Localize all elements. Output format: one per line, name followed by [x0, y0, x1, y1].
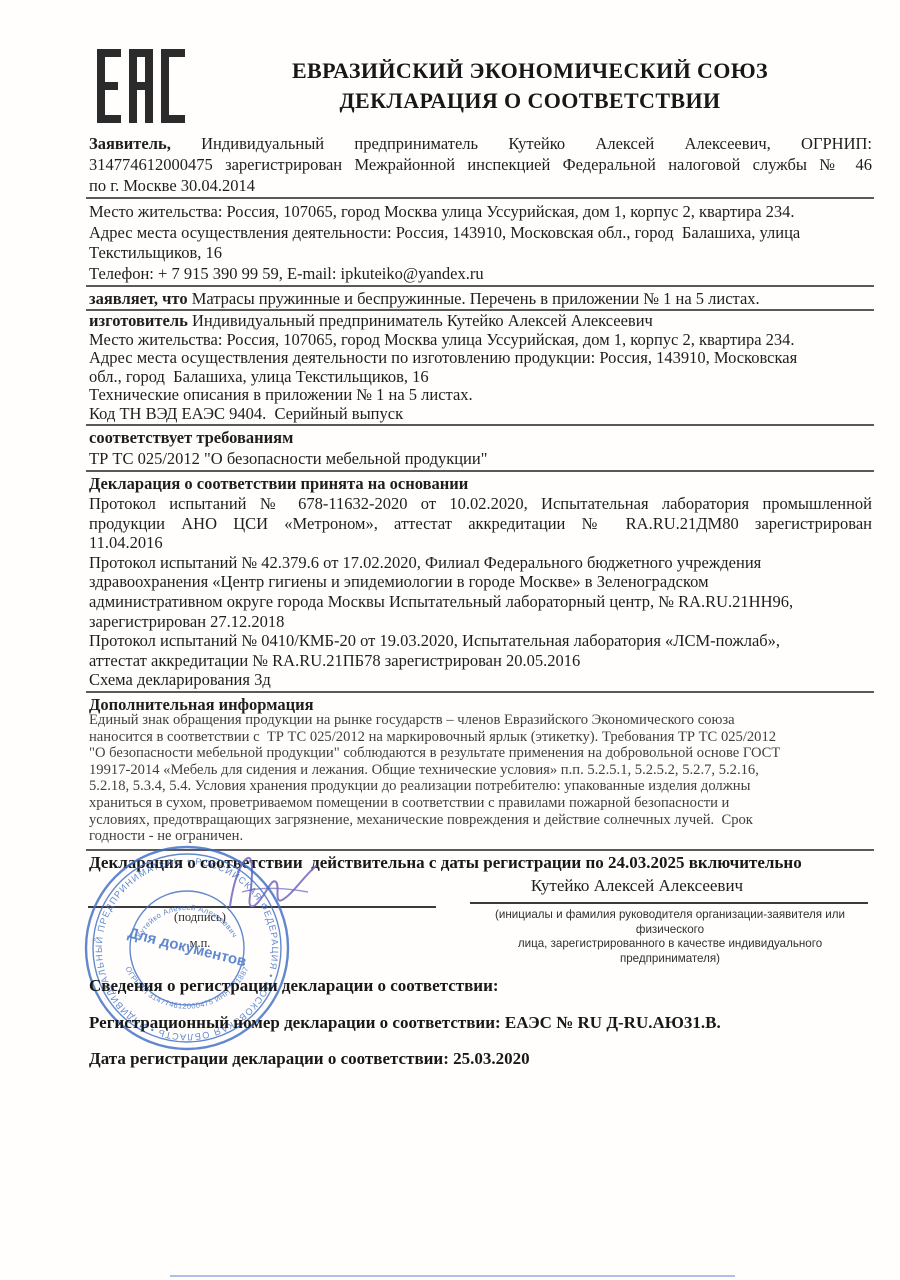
document-title-line1: ЕВРАЗИЙСКИЙ ЭКОНОМИЧЕСКИЙ СОЮЗ	[190, 58, 870, 84]
basis-heading: Декларация о соответствии принята на осн…	[89, 474, 872, 494]
manufacturer-line: Код ТН ВЭД ЕАЭС 9404. Серийный выпуск	[89, 405, 872, 424]
section-basis: Протокол испытаний № 678-11632-2020 от 1…	[89, 494, 872, 690]
contacts-line: Адрес места осуществления деятельности: …	[89, 223, 872, 244]
manufacturer-line: обл., город Балашиха, улица Текстильщико…	[89, 368, 872, 387]
signature-caption: (инициалы и фамилия руководителя организ…	[474, 908, 866, 966]
additional-line: наносится в соответствии с ТР ТС 025/201…	[89, 729, 872, 746]
contacts-line: Телефон: + 7 915 390 99 59, E-mail: ipku…	[89, 264, 872, 285]
separator-line	[86, 424, 874, 426]
separator-line	[86, 691, 874, 693]
separator-line	[86, 470, 874, 472]
signatory-name: Кутейко Алексей Алексеевич	[452, 876, 822, 896]
applicant-line: по г. Москве 30.04.2014	[89, 175, 872, 196]
signature-caption-line: (инициалы и фамилия руководителя организ…	[474, 908, 866, 937]
manufacturer-line: Место жительства: Россия, 107065, город …	[89, 331, 872, 350]
additional-line: "О безопасности мебельной продукции" соб…	[89, 745, 872, 762]
section-declares: заявляет, что Матрасы пружинные и беспру…	[89, 289, 872, 309]
contacts-line: Место жительства: Россия, 107065, город …	[89, 202, 872, 223]
manufacturer-label: изготовитель	[89, 311, 188, 330]
signature-caption-line: лица, зарегистрированного в качестве инд…	[474, 937, 866, 966]
declares-text: Матрасы пружинные и беспружинные. Перече…	[192, 289, 760, 308]
document-title-line2: ДЕКЛАРАЦИЯ О СООТВЕТСТВИИ	[190, 88, 870, 114]
declaration-document: ЕВРАЗИЙСКИЙ ЭКОНОМИЧЕСКИЙ СОЮЗ ДЕКЛАРАЦИ…	[0, 0, 900, 1280]
applicant-line: Заявитель, Индивидуальный предпринимател…	[89, 133, 872, 154]
basis-line: здравоохранения «Центр гигиены и эпидеми…	[89, 572, 872, 592]
section-manufacturer: изготовитель Индивидуальный предпринимат…	[89, 312, 872, 423]
basis-line: административном округе города Москвы Ис…	[89, 592, 872, 612]
additional-line: Единый знак обращения продукции на рынке…	[89, 712, 872, 729]
signature-line-right	[470, 902, 868, 904]
complies-text: ТР ТС 025/2012 "О безопасности мебельной…	[89, 449, 872, 469]
additional-line: условиях, предотвращающих загрязнение, м…	[89, 812, 872, 829]
registration-heading: Сведения о регистрации декларации о соот…	[89, 976, 872, 996]
additional-line: 19917-2014 «Мебель для сидения и лежания…	[89, 762, 872, 779]
separator-line	[86, 197, 874, 199]
section-applicant: Заявитель, Индивидуальный предпринимател…	[89, 133, 872, 196]
manufacturer-line: изготовитель Индивидуальный предпринимат…	[89, 312, 872, 331]
manufacturer-line: Адрес места осуществления деятельности п…	[89, 349, 872, 368]
basis-line: Протокол испытаний № 678-11632-2020 от 1…	[89, 494, 872, 514]
additional-line: храниться в сухом, проветриваемом помеще…	[89, 795, 872, 812]
basis-line: продукции АНО ЦСИ «Метроном», аттестат а…	[89, 514, 872, 534]
applicant-label: Заявитель,	[89, 134, 171, 153]
complies-heading: соответствует требованиям	[89, 428, 872, 448]
basis-line: Протокол испытаний № 0410/КМБ-20 от 19.0…	[89, 631, 872, 651]
registration-date: Дата регистрации декларации о соответств…	[89, 1049, 872, 1069]
basis-line: зарегистрирован 27.12.2018	[89, 612, 872, 632]
contacts-line: Текстильщиков, 16	[89, 243, 872, 264]
section-additional: Единый знак обращения продукции на рынке…	[89, 712, 872, 845]
registration-number: Регистрационный номер декларации о соотв…	[89, 1013, 872, 1033]
manufacturer-line: Технические описания в приложении № 1 на…	[89, 386, 872, 405]
separator-line	[86, 285, 874, 287]
manufacturer-text: Индивидуальный предприниматель Кутейко А…	[192, 311, 653, 330]
basis-line: аттестат аккредитации № RA.RU.21ПБ78 зар…	[89, 651, 872, 671]
applicant-text: Индивидуальный предприниматель Кутейко А…	[201, 134, 872, 153]
basis-line: 11.04.2016	[89, 533, 872, 553]
scan-artifact-line	[170, 1275, 735, 1277]
declares-label: заявляет, что	[89, 289, 188, 308]
applicant-line: 314774612000475 зарегистрирован Межрайон…	[89, 154, 872, 175]
section-contacts: Место жительства: Россия, 107065, город …	[89, 202, 872, 284]
eac-logo	[97, 49, 185, 123]
additional-line: 5.2.18, 5.3.4, 5.4. Условия хранения про…	[89, 778, 872, 795]
basis-line: Схема декларирования 3д	[89, 670, 872, 690]
basis-line: Протокол испытаний № 42.379.6 от 17.02.2…	[89, 553, 872, 573]
